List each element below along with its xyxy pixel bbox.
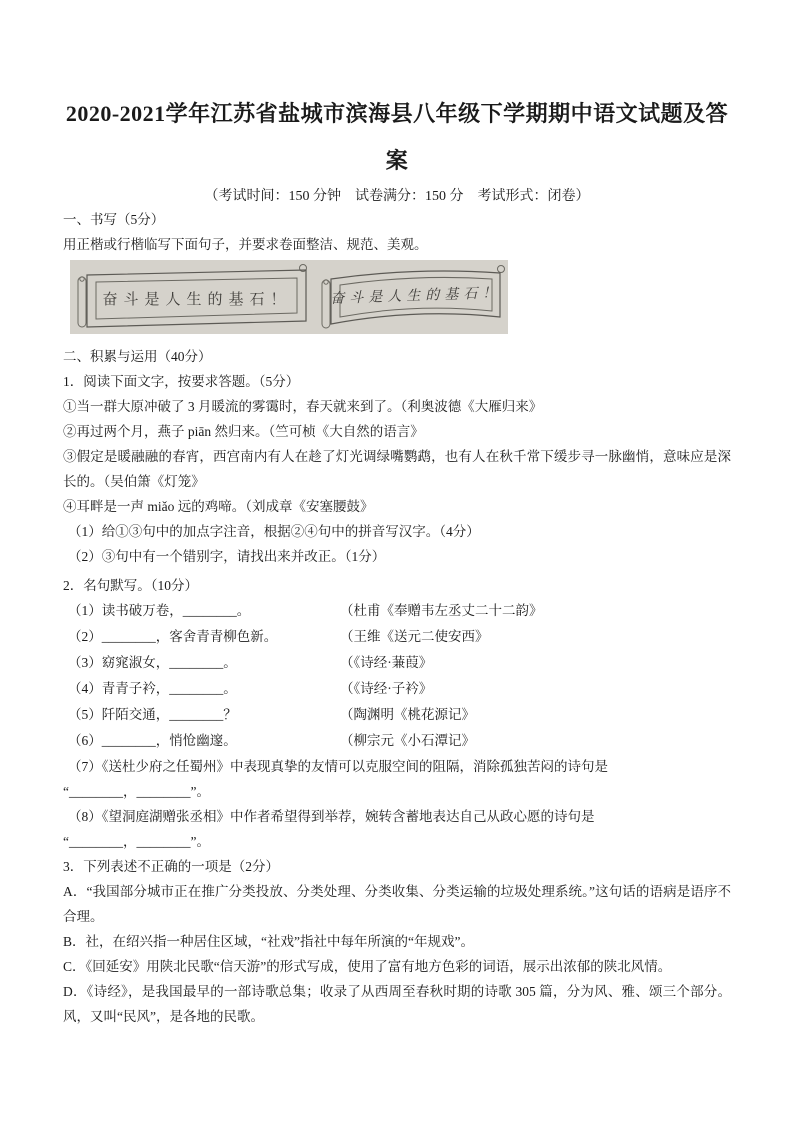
banner-right: 奋斗是人生的基石！ [322,266,505,329]
banner-text-regular: 奋斗是人生的基石！ [102,290,291,308]
q3-option-c: C．《回延安》用陕北民歌“信天游”的形式写成，使用了富有地方色彩的词语，展示出浓… [63,954,731,979]
q2-item-blank: （6）________，悄怆幽邃。 [63,728,340,754]
q3-option-d: D．《诗经》，是我国最早的一部诗歌总集；收录了从西周至春秋时期的诗歌 305 篇… [63,979,731,1029]
q2-item-row: （4）青青子衿，________。 （《诗经·子衿》 [63,676,731,702]
q3-option-a: A．“我国部分城市正在推广分类投放、分类处理、分类收集、分类运输的垃圾处理系统。… [63,879,731,929]
document-title: 2020-2021学年江苏省盐城市滨海县八年级下学期期中语文试题及答 案 [63,90,731,184]
q3-stem: 3．下列表述不正确的一项是（2分） [63,854,731,879]
title-line-2: 案 [386,148,409,173]
q2-item-row: （5）阡陌交通，________？ （陶渊明《桃花源记》 [63,702,731,728]
q1-subquestion-1: （1）给①③句中的加点字注音，根据②④句中的拼音写汉字。（4分） [63,519,731,544]
banner-left: 奋斗是人生的基石！ [78,265,307,328]
q2-item-blank: （5）阡陌交通，________？ [63,702,340,728]
q1-sentence-2: ②再过两个月，燕子 piān 然归来。（竺可桢《大自然的语言》 [63,419,731,444]
q1-sentence-4: ④耳畔是一声 miǎo 远的鸡啼。（刘成章《安塞腰鼓》 [63,494,731,519]
scroll-roll-icon [322,280,330,328]
q2-item-row: （6）________，悄怆幽邃。 （柳宗元《小石潭记》 [63,728,731,754]
q2-item-blank: （1）读书破万卷，________。 [63,598,340,624]
q1-sentence-3: ③假定是暖融融的春宵，西宫南内有人在趁了灯光调绿嘴鹦鹉，也有人在秋千常下缓步寻一… [63,444,731,494]
q2-item-source: （杜甫《奉赠韦左丞丈二十二韵》 [340,598,731,624]
section1-heading: 一、书写（5分） [63,207,731,232]
banner-text-cursive: 奋斗是人生的基石！ [330,285,501,307]
hanging-ring-icon [498,266,505,273]
q3-option-b: B．社，在绍兴指一种居住区域，“社戏”指社中每年所演的“年规戏”。 [63,929,731,954]
banner-scrolls-illustration: 奋斗是人生的基石！ 奋斗是人生的基石！ [70,260,508,334]
q2-item-source: （《诗经·蒹葭》 [340,650,731,676]
section2-heading: 二、积累与运用（40分） [63,344,731,369]
q2-item-source: （柳宗元《小石潭记》 [340,728,731,754]
q2-item-source: （陶渊明《桃花源记》 [340,702,731,728]
q2-item-blank: （4）青青子衿，________。 [63,676,340,702]
q2-item7-answer-line: “________，________”。 [63,779,731,804]
q2-item-row: （3）窈窕淑女，________。 （《诗经·蒹葭》 [63,650,731,676]
q2-item-row: （2）________，客舍青青柳色新。 （王维《送元二使安西》 [63,624,731,650]
section1-instruction: 用正楷或行楷临写下面句子，并要求卷面整洁、规范、美观。 [63,232,731,257]
q2-item-source: （《诗经·子衿》 [340,676,731,702]
q2-item8-answer-line: “________，________”。 [63,829,731,854]
calligraphy-banner-image: 奋斗是人生的基石！ 奋斗是人生的基石！ [70,260,508,334]
q2-item-source: （王维《送元二使安西》 [340,624,731,650]
q2-item-blank: （2）________，客舍青青柳色新。 [63,624,340,650]
q2-item7-prompt: （7）《送杜少府之任蜀州》中表现真挚的友情可以克服空间的阻隔，消除孤独苦闷的诗句… [63,754,731,779]
q2-item-blank: （3）窈窕淑女，________。 [63,650,340,676]
q2-item8-prompt: （8）《望洞庭湖赠张丞相》中作者希望得到举荐，婉转含蓄地表达自己从政心愿的诗句是 [63,804,731,829]
q1-subquestion-2: （2）③句中有一个错别字，请找出来并改正。（1分） [63,544,731,569]
title-line-1: 2020-2021学年江苏省盐城市滨海县八年级下学期期中语文试题及答 [66,101,728,126]
q2-stem: 2．名句默写。（10分） [63,573,731,598]
scroll-roll-icon [78,277,86,327]
q1-stem: 1．阅读下面文字，按要求答题。（5分） [63,369,731,394]
exam-paper-page: 2020-2021学年江苏省盐城市滨海县八年级下学期期中语文试题及答 案 （考试… [0,0,794,1123]
q1-sentence-1: ①当一群大原冲破了 3 月暖流的雾霭时，春天就来到了。（利奥波德《大雁归来》 [63,394,731,419]
q2-item-row: （1）读书破万卷，________。 （杜甫《奉赠韦左丞丈二十二韵》 [63,598,731,624]
exam-info: （考试时间：150 分钟 试卷满分：150 分 考试形式：闭卷） [63,186,731,207]
